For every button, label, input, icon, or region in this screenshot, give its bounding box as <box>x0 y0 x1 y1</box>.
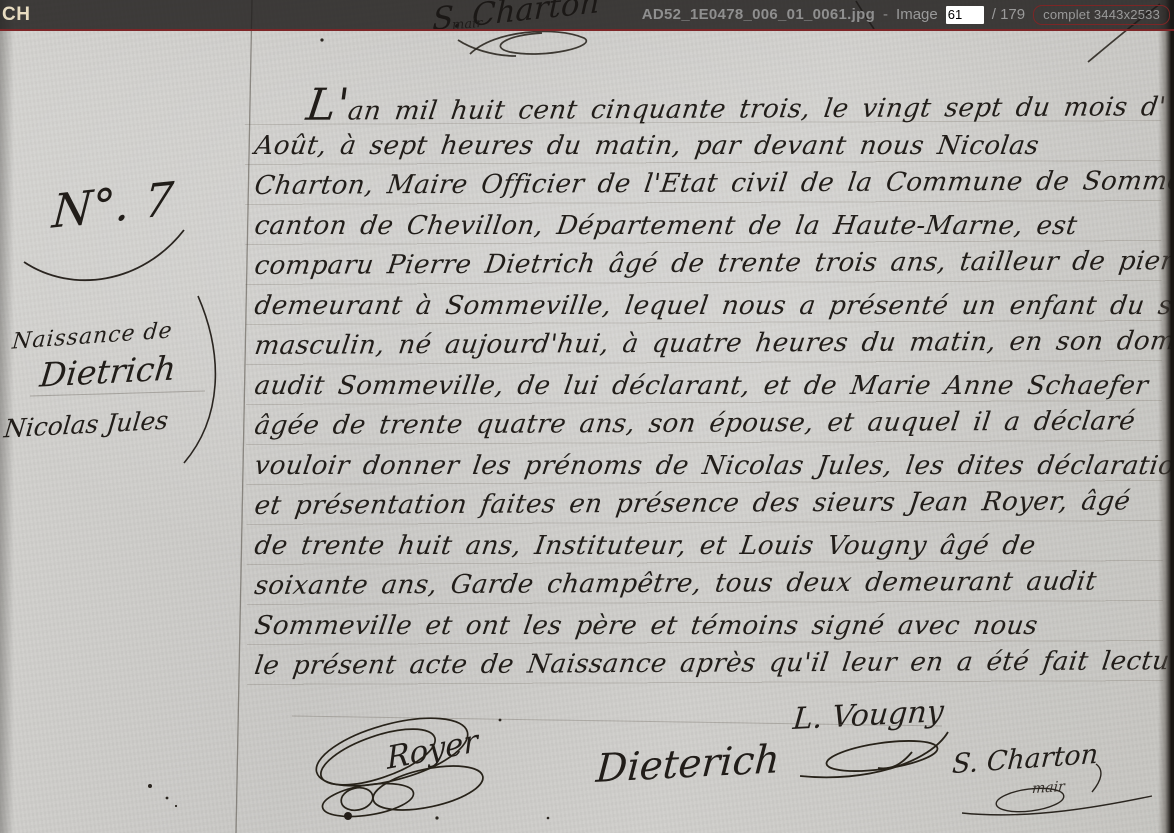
toolbar-right-group: AD52_1E0478_006_01_0061.jpg - Image / 17… <box>642 5 1174 25</box>
body-line: de trente huit ans, Instituteur, et Loui… <box>252 526 1166 566</box>
body-line: canton de Chevillon, Département de la H… <box>252 206 1166 246</box>
body-line: demeurant à Sommeville, lequel nous a pr… <box>252 286 1166 326</box>
body-line: et présentation faites en présence des s… <box>252 481 1166 526</box>
body-line: audit Sommeville, de lui déclarant, et d… <box>252 366 1166 406</box>
signature-charton-title: mair <box>1031 779 1065 797</box>
body-line: le présent acte de Naissance après qu'il… <box>252 641 1166 686</box>
body-line: Charton, Maire Officier de l'Etat civil … <box>252 161 1166 206</box>
complete-size-badge[interactable]: complet 3443x2533 <box>1033 5 1170 25</box>
filename-separator: - <box>883 6 888 23</box>
scan-left-shadow <box>0 0 14 833</box>
ch-logo[interactable]: CH <box>2 4 30 26</box>
margin-note-surname: Dietrich <box>38 348 178 394</box>
document-scan[interactable]: S. Charton mair N°. 7 Naissance de Dietr… <box>0 0 1174 833</box>
body-line: soixante ans, Garde champêtre, tous deux… <box>252 561 1166 606</box>
image-label: Image <box>896 6 938 23</box>
body-line: comparu Pierre Dietrich âgé de trente tr… <box>252 241 1166 286</box>
body-line: masculin, né aujourd'hui, à quatre heure… <box>252 321 1166 366</box>
image-filename: AD52_1E0478_006_01_0061.jpg <box>642 6 875 23</box>
act-body-text: L'an mil huit cent cinquante trois, le v… <box>252 86 1160 686</box>
body-line: âgée de trente quatre ans, son épouse, e… <box>252 401 1166 446</box>
image-number-input[interactable] <box>946 6 984 24</box>
viewer-toolbar: CH AD52_1E0478_006_01_0061.jpg - Image /… <box>0 0 1174 31</box>
body-line: Sommeville et ont les père et témoins si… <box>252 606 1166 646</box>
body-line: L'an mil huit cent cinquante trois, le v… <box>252 81 1166 126</box>
image-total-count: / 179 <box>992 6 1025 23</box>
archive-viewer-window: S. Charton mair N°. 7 Naissance de Dietr… <box>0 0 1174 833</box>
body-line: vouloir donner les prénoms de Nicolas Ju… <box>252 446 1166 486</box>
page-edge-shadow <box>1158 0 1174 833</box>
body-line: Août, à sept heures du matin, par devant… <box>252 126 1166 166</box>
